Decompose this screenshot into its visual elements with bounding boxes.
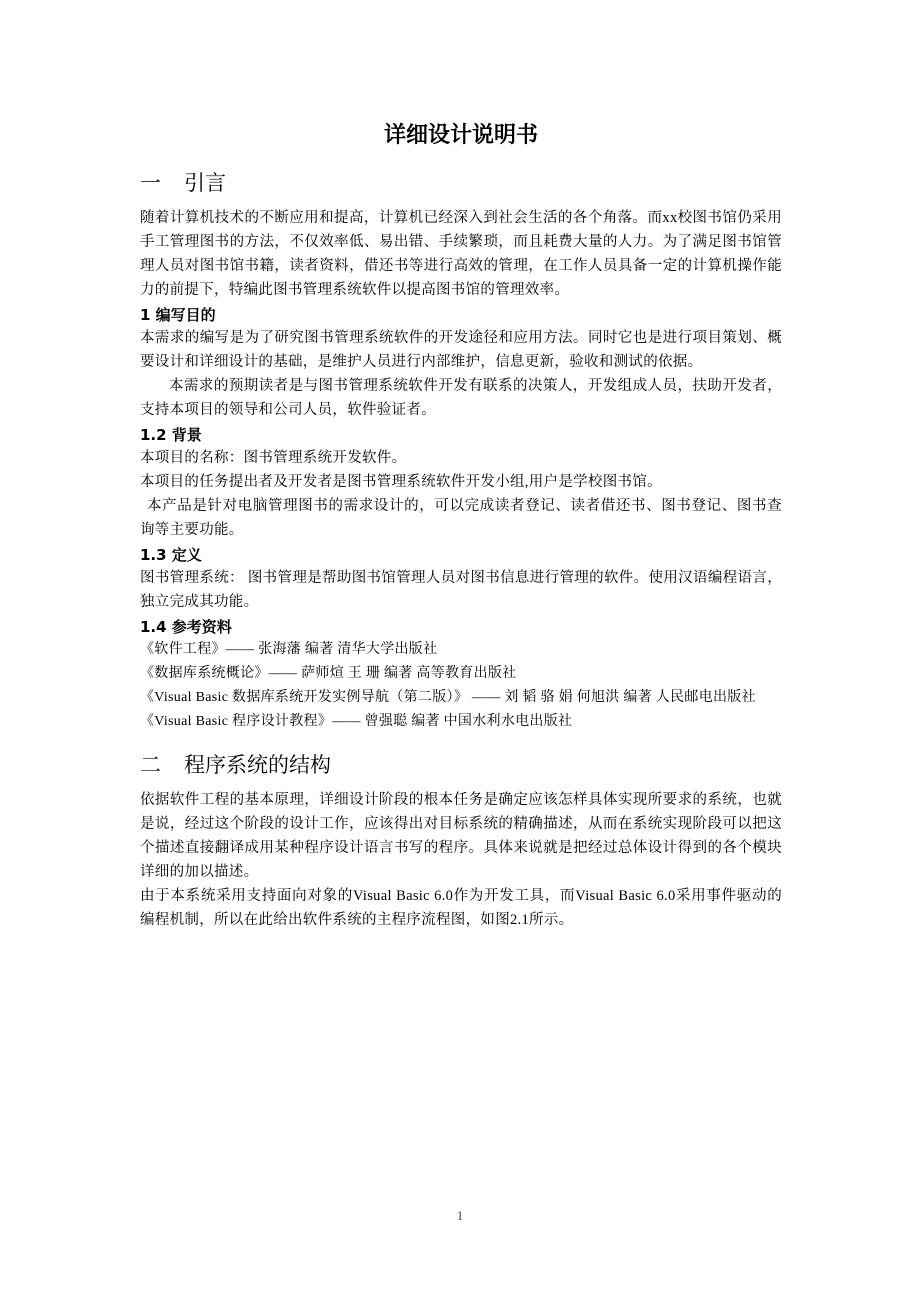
subsection-1-2-paragraph-3: 本产品是针对电脑管理图书的需求设计的，可以完成读者登记、读者借还书、图书登记、图… <box>140 494 782 542</box>
section-1-title: 引言 <box>184 171 226 195</box>
section-1-heading: 一引言 <box>140 168 782 198</box>
section-1-number: 一 <box>140 168 184 198</box>
section-2-number: 二 <box>140 750 184 780</box>
section-2-title: 程序系统的结构 <box>184 753 331 777</box>
subsection-1-1-paragraph-2: 本需求的预期读者是与图书管理系统软件开发有联系的决策人，开发组成人员，扶助开发者… <box>140 374 782 422</box>
subsection-1-2-paragraph-1: 本项目的名称：图书管理系统开发软件。 <box>140 446 782 470</box>
document-page: 详细设计说明书 一引言 随着计算机技术的不断应用和提高，计算机已经深入到社会生活… <box>0 0 920 1302</box>
reference-item: 《Visual Basic 程序设计教程》—— 曾强聪 编著 中国水利水电出版社 <box>140 710 782 734</box>
document-title: 详细设计说明书 <box>140 120 782 152</box>
page-number: 1 <box>0 1208 920 1224</box>
subsection-1-2-paragraph-2: 本项目的任务提出者及开发者是图书管理系统软件开发小组,用户是学校图书馆。 <box>140 470 782 494</box>
reference-item: 《软件工程》—— 张海藩 编著 清华大学出版社 <box>140 638 782 662</box>
subsection-1-2-heading: 1.2 背景 <box>140 424 782 446</box>
section-2-paragraph-1: 依据软件工程的基本原理，详细设计阶段的根本任务是确定应该怎样具体实现所要求的系统… <box>140 788 782 884</box>
subsection-1-3-heading: 1.3 定义 <box>140 544 782 566</box>
subsection-1-3-paragraph-1: 图书管理系统： 图书管理是帮助图书馆管理人员对图书信息进行管理的软件。使用汉语编… <box>140 566 782 614</box>
section-1-intro: 随着计算机技术的不断应用和提高，计算机已经深入到社会生活的各个角落。而xx校图书… <box>140 206 782 302</box>
page-content: 详细设计说明书 一引言 随着计算机技术的不断应用和提高，计算机已经深入到社会生活… <box>140 120 782 932</box>
subsection-1-1-paragraph-1: 本需求的编写是为了研究图书管理系统软件的开发途径和应用方法。同时它也是进行项目策… <box>140 326 782 374</box>
section-2-heading: 二程序系统的结构 <box>140 750 782 780</box>
reference-item: 《数据库系统概论》—— 萨师煊 王 珊 编著 高等教育出版社 <box>140 662 782 686</box>
reference-item: 《Visual Basic 数据库系统开发实例导航（第二版）》 —— 刘 韬 骆… <box>140 686 782 710</box>
subsection-1-4-heading: 1.4 参考资料 <box>140 616 782 638</box>
section-2-paragraph-2: 由于本系统采用支持面向对象的Visual Basic 6.0作为开发工具，而Vi… <box>140 884 782 932</box>
subsection-1-1-heading: 1 编写目的 <box>140 304 782 326</box>
